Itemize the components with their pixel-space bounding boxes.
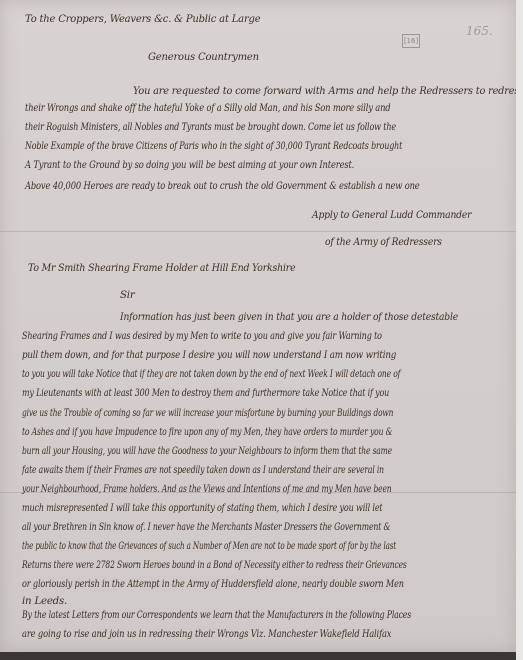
- letter2-line: your Neighbourhood, Frame holders. And a…: [22, 484, 392, 495]
- letter1-line: Above 40,000 Heroes are ready to break o…: [25, 181, 420, 192]
- fold-line: [0, 231, 516, 232]
- letter2-line: Information has just been given in that …: [120, 312, 458, 323]
- letter2-line: are going to rise and join us in redress…: [22, 629, 391, 640]
- letter2-line: to you you will take Notice that if they…: [22, 369, 400, 380]
- letter1-salutation: Generous Countrymen: [148, 52, 259, 63]
- letter1-address: To the Croppers, Weavers &c. & Public at…: [25, 14, 260, 25]
- letter2-line: much misrepresented I will take this opp…: [22, 503, 383, 514]
- letter2-line: fate awaits them if their Frames are not…: [22, 465, 384, 476]
- letter1-line: Noble Example of the brave Citizens of P…: [25, 141, 402, 152]
- letter2-line: or gloriously perish in the Attempt in t…: [22, 579, 404, 590]
- letter1-line: their Wrongs and shake off the hateful Y…: [25, 103, 391, 114]
- letter1-line: their Roguish Ministers, all Nobles and …: [25, 122, 396, 133]
- letter2-line: give us the Trouble of coming so far we …: [22, 408, 393, 419]
- letter2-line: the public to know that the Grievances o…: [22, 541, 396, 552]
- letter2-salutation: Sir: [120, 290, 135, 301]
- letter-page: 165. [16] To the Croppers, Weavers &c. &…: [0, 0, 516, 652]
- letter1-line: A Tyrant to the Ground by so doing you w…: [25, 160, 354, 171]
- letter2-line: Shearing Frames and I was desired by my …: [22, 331, 382, 342]
- letter2-line: Returns there were 2782 Sworn Heroes bou…: [22, 560, 407, 571]
- letter1-signature: of the Army of Redressers: [325, 237, 442, 248]
- letter2-line: in Leeds.: [22, 596, 67, 607]
- letter2-line: burn all your Housing, you will have the…: [22, 446, 392, 457]
- letter2-line: to Ashes and if you have Impudence to fi…: [22, 427, 392, 438]
- page-edge: [516, 0, 523, 660]
- archive-stamp: [16]: [402, 34, 420, 48]
- letter2-address: To Mr Smith Shearing Frame Holder at Hil…: [28, 263, 295, 274]
- page-shadow: [0, 652, 516, 660]
- letter2-line: By the latest Letters from our Correspon…: [22, 610, 411, 621]
- letter2-line: pull them down, and for that purpose I d…: [22, 350, 396, 361]
- letter2-line: my Lieutenants with at least 300 Men to …: [22, 388, 389, 399]
- folio-number: 165.: [466, 24, 493, 38]
- letter1-line: You are requested to come forward with A…: [133, 86, 523, 97]
- letter1-signature: Apply to General Ludd Commander: [312, 210, 471, 221]
- letter2-line: all your Brethren in Sin know of. I neve…: [22, 522, 390, 533]
